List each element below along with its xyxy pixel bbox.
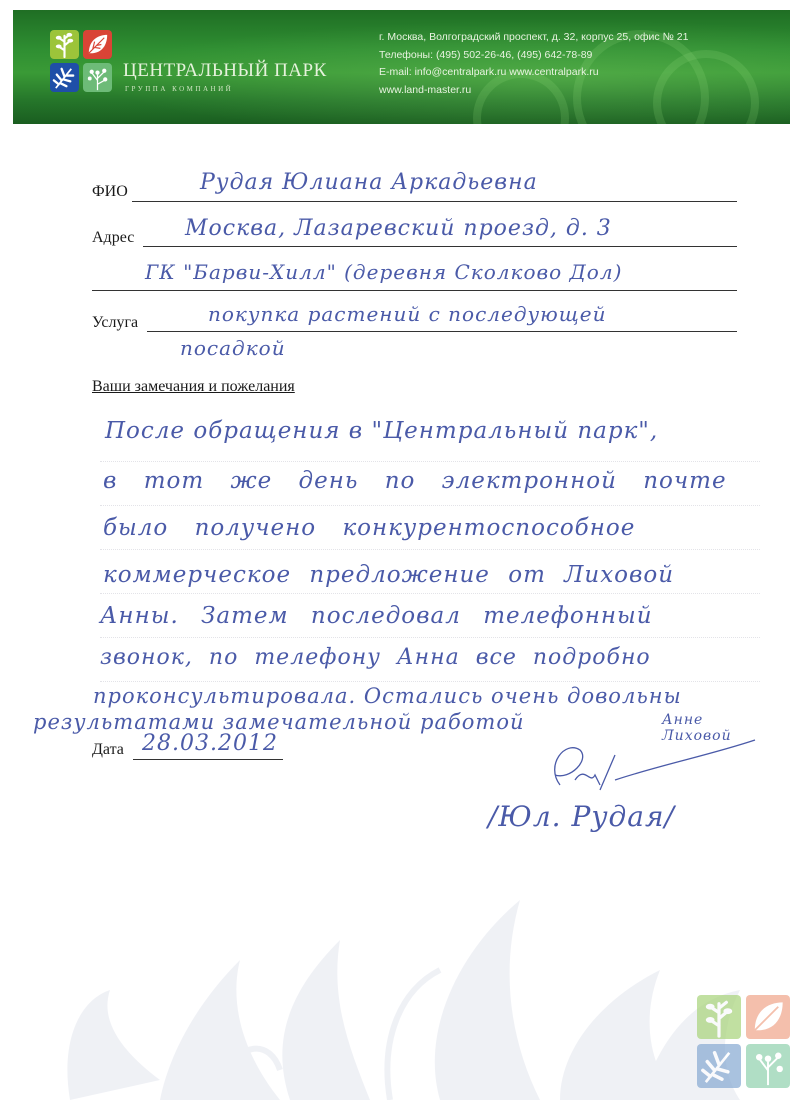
floral-watermark <box>40 880 740 1100</box>
letterhead-banner: ЦЕНТРАЛЬНЫЙ ПАРК ГРУППА КОМПАНИЙ г. Моск… <box>13 10 790 124</box>
fio-label: ФИО <box>92 183 128 201</box>
fio-line <box>132 201 737 202</box>
contact-block: г. Москва, Волгоградский проспект, д. 32… <box>379 29 688 99</box>
remark-line: звонок, по телефону Анна все подробно <box>100 645 651 670</box>
fern-icon <box>697 1044 741 1088</box>
web-link[interactable]: www.land-master.ru <box>379 82 688 100</box>
remark-line: коммерческое предложение от Лиховой <box>103 562 674 588</box>
signature-name: /Юл. Рудая/ <box>488 800 675 833</box>
address-value-1: Москва, Лазаревский проезд, д. 3 <box>185 216 612 241</box>
phones-text: Телефоны: (495) 502-26-46, (495) 642-78-… <box>379 47 688 65</box>
berries-icon <box>746 1044 790 1088</box>
berries-icon <box>83 63 112 92</box>
guide-line <box>100 637 760 638</box>
sprig-icon <box>50 30 79 59</box>
footer-logo <box>697 995 791 1089</box>
sprig-icon <box>697 995 741 1039</box>
guide-line <box>100 505 760 506</box>
remark-line: было получено конкурентоспособное <box>103 515 635 541</box>
address-value-2: ГК "Барви-Хилл" (деревня Сколково Дол) <box>145 260 622 284</box>
guide-line <box>100 549 760 550</box>
brand-name: ЦЕНТРАЛЬНЫЙ ПАРК <box>123 60 327 82</box>
email-web-text: E-mail: info@centralpark.ru www.centralp… <box>379 64 688 82</box>
address-label: Адрес <box>92 229 134 247</box>
remark-line: проконсультировала. Остались очень довол… <box>93 684 682 708</box>
address-line-2 <box>92 290 737 291</box>
service-line <box>147 331 737 332</box>
company-logo <box>50 30 112 92</box>
remark-line: результатами замечательной работой <box>33 710 525 734</box>
brand-subtitle: ГРУППА КОМПАНИЙ <box>125 85 233 93</box>
fio-value: Рудая Юлиана Аркадьевна <box>200 170 538 195</box>
date-line <box>133 759 283 760</box>
remarks-title: Ваши замечания и пожелания <box>92 378 295 396</box>
address-text: г. Москва, Волгоградский проспект, д. 32… <box>379 29 688 47</box>
service-value-1: покупка растений с последующей <box>208 302 606 326</box>
remark-line: Анны. Затем последовал телефонный <box>100 603 653 629</box>
guide-line <box>100 461 760 462</box>
leaf-icon <box>83 30 112 59</box>
signature-scribble <box>540 735 760 805</box>
remark-line: в тот же день по электронной почте <box>103 468 727 494</box>
leaf-icon <box>746 995 790 1039</box>
date-label: Дата <box>92 741 124 759</box>
address-line <box>143 246 737 247</box>
guide-line <box>100 593 760 594</box>
service-value-2: посадкой <box>180 336 286 360</box>
remark-line: После обращения в "Центральный парк", <box>105 418 658 444</box>
date-value: 28.03.2012 <box>142 731 278 756</box>
service-label: Услуга <box>92 314 138 332</box>
fern-icon <box>50 63 79 92</box>
guide-line <box>100 681 760 682</box>
